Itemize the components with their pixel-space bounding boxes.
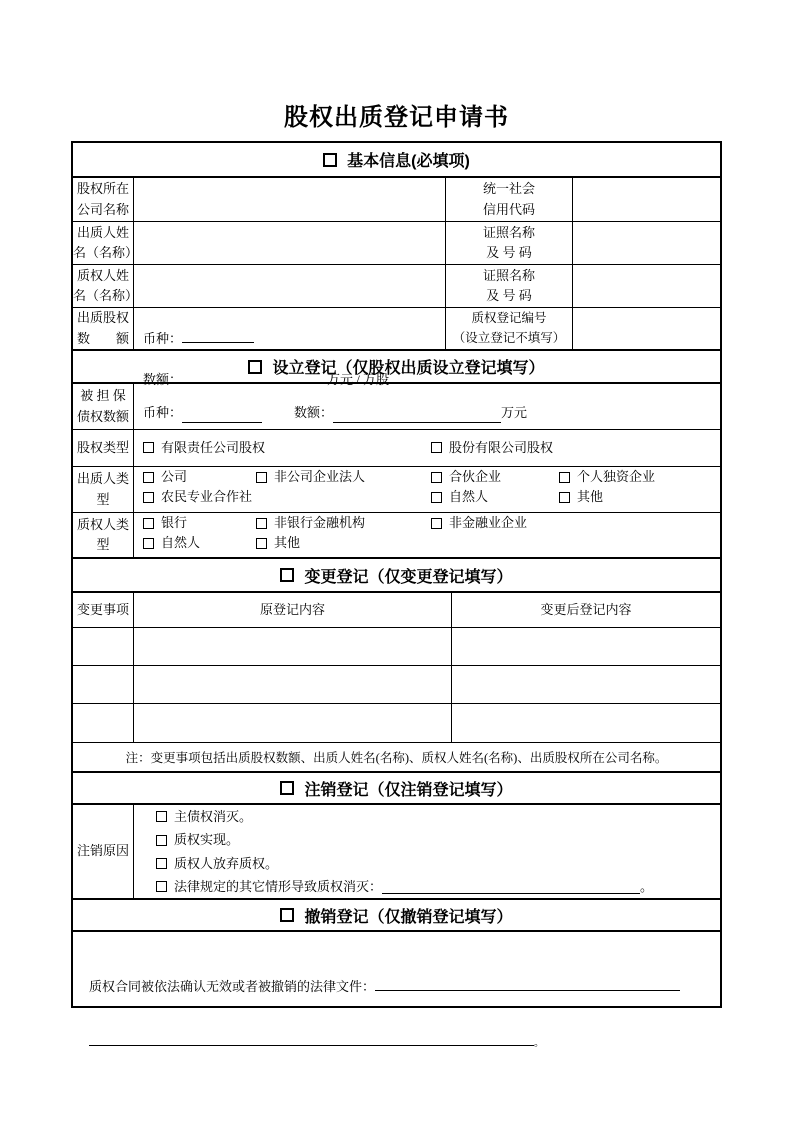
option-non-company-legal-person[interactable]: 非公司企业法人 — [256, 467, 431, 487]
option-natural-person[interactable]: 自然人 — [143, 533, 256, 553]
pledgor-name-field[interactable] — [133, 222, 445, 264]
option-pledgee-waived[interactable]: 质权人放弃质权。 — [156, 852, 278, 875]
secured-debt-field: 币种： 数额：万元 — [133, 384, 720, 429]
pledge-reg-number-label: 质权登记编号 （设立登记不填写） — [445, 308, 572, 349]
application-form: 基本信息(必填项) 股权所在 公司名称 统一社会 信用代码 出质人姓 名（名称）… — [71, 141, 722, 1008]
secured-debt-label: 被 担 保 债权数额 — [73, 384, 133, 429]
table-row-equity-type: 股权类型 有限责任公司股权 股份有限公司股权 — [73, 429, 720, 466]
other-circumstance-blank-line[interactable] — [382, 879, 640, 894]
change-table-empty-row — [73, 627, 720, 665]
table-row-pledgee-type: 质权人类 型 银行 非银行金融机构 非金融业企业 自然人 其他 — [73, 512, 720, 557]
option-company[interactable]: 公司 — [143, 467, 256, 487]
table-row-pledged-equity: 出质股权 数 额 币种： 数额：万元 / 万股 质权登记编号 （设立登记不填写） — [73, 307, 720, 349]
option-bank[interactable]: 银行 — [143, 513, 256, 533]
option-joint-stock-company[interactable]: 股份有限公司股权 — [431, 438, 553, 458]
option-other[interactable]: 其他 — [559, 487, 603, 507]
checkbox-icon[interactable] — [143, 472, 154, 483]
change-note-text: 注：变更事项包括出质股权数额、出质人姓名(名称)、质权人姓名(名称)、出质股权所… — [126, 748, 668, 766]
change-table-empty-row — [73, 703, 720, 742]
option-farmer-cooperative[interactable]: 农民专业合作社 — [143, 487, 431, 507]
change-table-header-row: 变更事项 原登记内容 变更后登记内容 — [73, 593, 720, 627]
option-sole-proprietorship[interactable]: 个人独资企业 — [559, 467, 655, 487]
original-content-field[interactable] — [133, 628, 451, 665]
currency-label: 币种： — [143, 331, 182, 346]
revocation-statement: 质权合同被依法确认无效或者被撤销的法律文件： 。 — [73, 932, 720, 1006]
revocation-blank-line-1[interactable] — [375, 976, 680, 991]
checkbox-icon[interactable] — [143, 442, 154, 453]
document-page: 股权出质登记申请书 基本信息(必填项) 股权所在 公司名称 统一社会 信用代码 … — [0, 0, 793, 1122]
currency-blank-line[interactable] — [182, 328, 254, 343]
pledgor-cert-field[interactable] — [572, 222, 720, 264]
section-change-title: 变更登记（仅变更登记填写） — [304, 564, 512, 587]
revocation-label: 质权合同被依法确认无效或者被撤销的法律文件： — [89, 979, 375, 994]
table-row-cancellation-reason: 注销原因 主债权消灭。 质权实现。 质权人放弃质权。 法律规定的其它情形导致质权… — [73, 805, 720, 898]
section-basic-title: 基本信息(必填项) — [347, 148, 470, 171]
option-non-financial-enterprise[interactable]: 非金融业企业 — [431, 513, 527, 533]
change-table-empty-row — [73, 665, 720, 703]
original-content-field[interactable] — [133, 666, 451, 703]
credit-code-label: 统一社会 信用代码 — [445, 178, 572, 221]
changed-content-field[interactable] — [451, 666, 720, 703]
changed-content-field[interactable] — [451, 628, 720, 665]
debt-amount-label: 数额： — [294, 403, 333, 423]
section-header-change: 变更登记（仅变更登记填写） — [73, 557, 720, 593]
change-item-field[interactable] — [73, 704, 133, 742]
table-row-pledgor: 出质人姓 名（名称） 证照名称 及 号 码 — [73, 221, 720, 264]
change-note-row: 注：变更事项包括出质股权数额、出质人姓名(名称)、质权人姓名(名称)、出质股权所… — [73, 742, 720, 771]
pledgor-name-label: 出质人姓 名（名称） — [73, 222, 133, 264]
pledgor-cert-label: 证照名称 及 号 码 — [445, 222, 572, 264]
section-header-basic: 基本信息(必填项) — [73, 143, 720, 178]
page-title: 股权出质登记申请书 — [0, 97, 793, 132]
option-partnership[interactable]: 合伙企业 — [431, 467, 559, 487]
pledgee-name-field[interactable] — [133, 265, 445, 307]
table-row-secured-debt: 被 担 保 债权数额 币种： 数额：万元 — [73, 384, 720, 429]
changed-content-field[interactable] — [451, 704, 720, 742]
section-change-checkbox-icon[interactable] — [280, 568, 294, 582]
change-item-column-header: 变更事项 — [73, 593, 133, 627]
debt-amount-blank-line[interactable] — [333, 408, 501, 423]
section-cancellation-title: 注销登记（仅注销登记填写） — [304, 777, 512, 800]
table-row-pledgor-type: 出质人类 型 公司 非公司企业法人 合伙企业 个人独资企业 农民专业合作社 自然… — [73, 466, 720, 512]
checkbox-icon[interactable] — [156, 811, 167, 822]
revocation-blank-line-2[interactable] — [89, 1031, 534, 1046]
pledgor-type-label: 出质人类 型 — [73, 467, 133, 512]
pledged-equity-field: 币种： 数额：万元 / 万股 — [133, 308, 445, 349]
original-content-column-header: 原登记内容 — [133, 593, 451, 627]
revocation-suffix: 。 — [534, 1038, 544, 1049]
change-item-field[interactable] — [73, 628, 133, 665]
section-header-cancellation: 注销登记（仅注销登记填写） — [73, 771, 720, 805]
option-natural-person[interactable]: 自然人 — [431, 487, 559, 507]
changed-content-column-header: 变更后登记内容 — [451, 593, 720, 627]
pledge-reg-number-field[interactable] — [572, 308, 720, 349]
checkbox-icon[interactable] — [256, 538, 267, 549]
pledgee-name-label: 质权人姓 名（名称） — [73, 265, 133, 307]
checkbox-icon[interactable] — [143, 518, 154, 529]
checkbox-icon[interactable] — [143, 538, 154, 549]
section-revocation-checkbox-icon[interactable] — [280, 908, 294, 922]
company-name-label: 股权所在 公司名称 — [73, 178, 133, 221]
checkbox-icon[interactable] — [431, 442, 442, 453]
checkbox-icon[interactable] — [156, 858, 167, 869]
pledged-equity-label: 出质股权 数 额 — [73, 308, 133, 349]
checkbox-icon[interactable] — [256, 472, 267, 483]
section-establishment-title: 设立登记（仅股权出质设立登记填写） — [272, 355, 544, 378]
section-establishment-checkbox-icon[interactable] — [248, 360, 262, 374]
original-content-field[interactable] — [133, 704, 451, 742]
section-header-revocation: 撤销登记（仅撤销登记填写） — [73, 898, 720, 932]
section-cancellation-checkbox-icon[interactable] — [280, 781, 294, 795]
section-revocation-title: 撤销登记（仅撤销登记填写） — [304, 904, 512, 927]
pledgee-cert-field[interactable] — [572, 265, 720, 307]
checkbox-icon[interactable] — [559, 492, 570, 503]
cancellation-reason-label: 注销原因 — [73, 805, 133, 898]
option-other-legal-circumstance[interactable]: 法律规定的其它情形导致质权消灭：。 — [156, 875, 653, 898]
company-name-field[interactable] — [133, 178, 445, 221]
change-item-field[interactable] — [73, 666, 133, 703]
equity-type-options: 有限责任公司股权 股份有限公司股权 — [133, 430, 720, 466]
checkbox-icon[interactable] — [156, 835, 167, 846]
pledgee-type-options: 银行 非银行金融机构 非金融业企业 自然人 其他 — [133, 513, 720, 557]
equity-type-label: 股权类型 — [73, 430, 133, 466]
pledgor-type-options: 公司 非公司企业法人 合伙企业 个人独资企业 农民专业合作社 自然人 其他 — [133, 467, 720, 512]
table-row-revocation: 质权合同被依法确认无效或者被撤销的法律文件： 。 — [73, 932, 720, 1006]
checkbox-icon[interactable] — [559, 472, 570, 483]
option-non-bank-financial[interactable]: 非银行金融机构 — [256, 513, 431, 533]
table-row-company: 股权所在 公司名称 统一社会 信用代码 — [73, 178, 720, 221]
pledgee-cert-label: 证照名称 及 号 码 — [445, 265, 572, 307]
table-row-pledgee: 质权人姓 名（名称） 证照名称 及 号 码 — [73, 264, 720, 307]
pledgee-type-label: 质权人类 型 — [73, 513, 133, 557]
checkbox-icon[interactable] — [431, 472, 442, 483]
option-pledge-realized[interactable]: 质权实现。 — [156, 828, 239, 851]
credit-code-field[interactable] — [572, 178, 720, 221]
debt-unit-label: 万元 — [501, 403, 527, 423]
checkbox-icon[interactable] — [256, 518, 267, 529]
checkbox-icon[interactable] — [143, 492, 154, 503]
checkbox-icon[interactable] — [431, 518, 442, 529]
debt-currency-blank-line[interactable] — [182, 408, 262, 423]
option-principal-debt-extinguished[interactable]: 主债权消灭。 — [156, 805, 252, 828]
debt-currency-label: 币种： — [143, 403, 182, 423]
option-limited-company[interactable]: 有限责任公司股权 — [143, 438, 431, 458]
checkbox-icon[interactable] — [156, 881, 167, 892]
checkbox-icon[interactable] — [431, 492, 442, 503]
option-other[interactable]: 其他 — [256, 533, 300, 553]
cancellation-reason-options: 主债权消灭。 质权实现。 质权人放弃质权。 法律规定的其它情形导致质权消灭：。 — [133, 805, 720, 898]
section-basic-checkbox-icon[interactable] — [323, 153, 337, 167]
